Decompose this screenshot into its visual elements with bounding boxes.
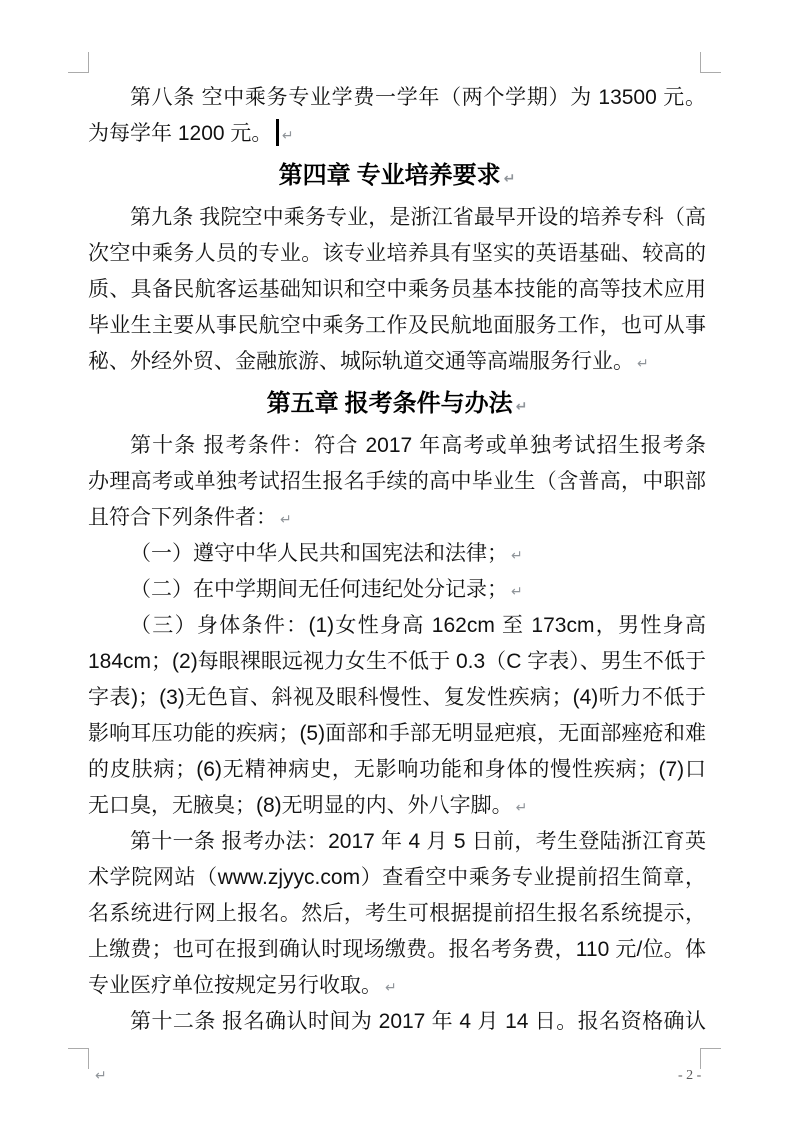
text-line: 影响耳压功能的疾病；(5)面部和手部无明显疤痕，无面部痤疮和难以治愈 xyxy=(88,716,706,752)
text-line: 184cm；(2)每眼裸眼远视力女生不低于 0.3（C 字表）、男生不低于 0.… xyxy=(88,644,706,680)
text-line: 办理高考或单独考试招生报名手续的高中毕业生（含普高，中职部分类别） xyxy=(88,464,706,500)
text-line: 为每学年 1200 元。↵ xyxy=(88,116,706,152)
paragraph-mark-icon: ↵ xyxy=(280,512,292,528)
paragraph-article-8: 第八条 空中乘务专业学费一学年（两个学期）为 13500 元。住宿费 为每学年 … xyxy=(88,80,706,152)
text-line: （一）遵守中华人民共和国宪法和法律；↵ xyxy=(88,536,706,572)
crop-mark-top-right-icon xyxy=(700,52,721,73)
text-line: 的皮肤病；(6)无精神病史，无影响功能和身体的慢性疾病；(7)口齿清楚， xyxy=(88,752,706,788)
text-cursor xyxy=(276,119,279,146)
heading-text: 第五章 报考条件与办法 xyxy=(267,391,513,417)
paragraph-article-11: 第十一条 报考办法：2017 年 4 月 5 日前，考生登陆浙江育英职业技 术学… xyxy=(88,824,706,1004)
text-run: 无口臭，无腋臭；(8)无明显的内、外八字脚。 xyxy=(88,794,513,817)
heading-text: 第四章 专业培养要求 xyxy=(279,163,501,189)
paragraph-mark-icon: ↵ xyxy=(516,800,528,816)
document-page: 第八条 空中乘务专业学费一学年（两个学期）为 13500 元。住宿费 为每学年 … xyxy=(88,80,706,1040)
paragraph-condition-1: （一）遵守中华人民共和国宪法和法律；↵ xyxy=(88,536,706,572)
paragraph-article-9: 第九条 我院空中乘务专业，是浙江省最早开设的培养专科（高职）层 次空中乘务人员的… xyxy=(88,200,706,380)
text-line: 术学院网站（www.zjyyc.com）查看空中乘务专业提前招生简章，进入报 xyxy=(88,860,706,896)
chapter-5-heading: 第五章 报考条件与办法↵ xyxy=(88,380,706,428)
text-line: 第九条 我院空中乘务专业，是浙江省最早开设的培养专科（高职）层 xyxy=(88,200,706,236)
text-line: 名系统进行网上报名。然后，考生可根据提前招生报名系统提示，进行网 xyxy=(88,896,706,932)
text-line: 无口臭，无腋臭；(8)无明显的内、外八字脚。↵ xyxy=(88,788,706,824)
paragraph-condition-2: （二）在中学期间无任何违纪处分记录；↵ xyxy=(88,572,706,608)
paragraph-article-10: 第十条 报考条件：符合 2017 年高考或单独考试招生报考条件，并已 办理高考或… xyxy=(88,428,706,536)
chapter-4-heading: 第四章 专业培养要求↵ xyxy=(88,152,706,200)
text-line: 次空中乘务人员的专业。该专业培养具有坚实的英语基础、较高的人文素 xyxy=(88,236,706,272)
paragraph-mark-icon: ↵ xyxy=(516,399,528,415)
text-run: （一）遵守中华人民共和国宪法和法律； xyxy=(130,542,508,565)
text-line: 秘、外经外贸、金融旅游、城际轨道交通等高端服务行业。↵ xyxy=(88,344,706,380)
crop-mark-bottom-left-icon xyxy=(68,1048,89,1069)
crop-mark-bottom-right-icon xyxy=(700,1048,721,1069)
text-line: 第十一条 报考办法：2017 年 4 月 5 日前，考生登陆浙江育英职业技 xyxy=(88,824,706,860)
text-line: 第十条 报考条件：符合 2017 年高考或单独考试招生报考条件，并已 xyxy=(88,428,706,464)
text-line: 专业医疗单位按规定另行收取。↵ xyxy=(88,968,706,1004)
text-line: 上缴费；也可在报到确认时现场缴费。报名考务费，110 元/位。体检费由 xyxy=(88,932,706,968)
text-run: 秘、外经外贸、金融旅游、城际轨道交通等高端服务行业。 xyxy=(88,350,634,373)
text-line: 毕业生主要从事民航空中乘务工作及民航地面服务工作，也可从事涉外文 xyxy=(88,308,706,344)
text-line: （二）在中学期间无任何违纪处分记录；↵ xyxy=(88,572,706,608)
text-line: 质、具备民航客运基础知识和空中乘务员基本技能的高等技术应用性人才。 xyxy=(88,272,706,308)
text-line: 第十二条 报名确认时间为 2017 年 4 月 14 日。报名资格确认时须提 xyxy=(88,1004,706,1040)
text-run: （二）在中学期间无任何违纪处分记录； xyxy=(130,578,508,601)
crop-mark-top-left-icon xyxy=(68,52,89,73)
paragraph-mark-icon: ↵ xyxy=(385,980,397,996)
text-line: 且符合下列条件者：↵ xyxy=(88,500,706,536)
paragraph-mark-icon: ↵ xyxy=(511,548,523,564)
text-run: 为每学年 1200 元。 xyxy=(88,122,272,145)
text-line: 第八条 空中乘务专业学费一学年（两个学期）为 13500 元。住宿费 xyxy=(88,80,706,116)
text-run: 且符合下列条件者： xyxy=(88,506,277,529)
paragraph-mark-icon: ↵ xyxy=(637,356,649,372)
text-line: （三）身体条件：(1)女性身高 162cm 至 173cm，男性身高 174cm… xyxy=(88,608,706,644)
text-run: 专业医疗单位按规定另行收取。 xyxy=(88,974,382,997)
text-line: 字表)；(3)无色盲、斜视及眼科慢性、复发性疾病；(4)听力不低于 5 米，无 xyxy=(88,680,706,716)
paragraph-article-12: 第十二条 报名确认时间为 2017 年 4 月 14 日。报名资格确认时须提 xyxy=(88,1004,706,1040)
page-number: - 2 - xyxy=(678,1068,701,1084)
paragraph-mark-icon: ↵ xyxy=(95,1068,107,1084)
paragraph-condition-3: （三）身体条件：(1)女性身高 162cm 至 173cm，男性身高 174cm… xyxy=(88,608,706,824)
paragraph-mark-icon: ↵ xyxy=(282,128,294,144)
paragraph-mark-icon: ↵ xyxy=(504,171,516,187)
paragraph-mark-icon: ↵ xyxy=(511,584,523,600)
